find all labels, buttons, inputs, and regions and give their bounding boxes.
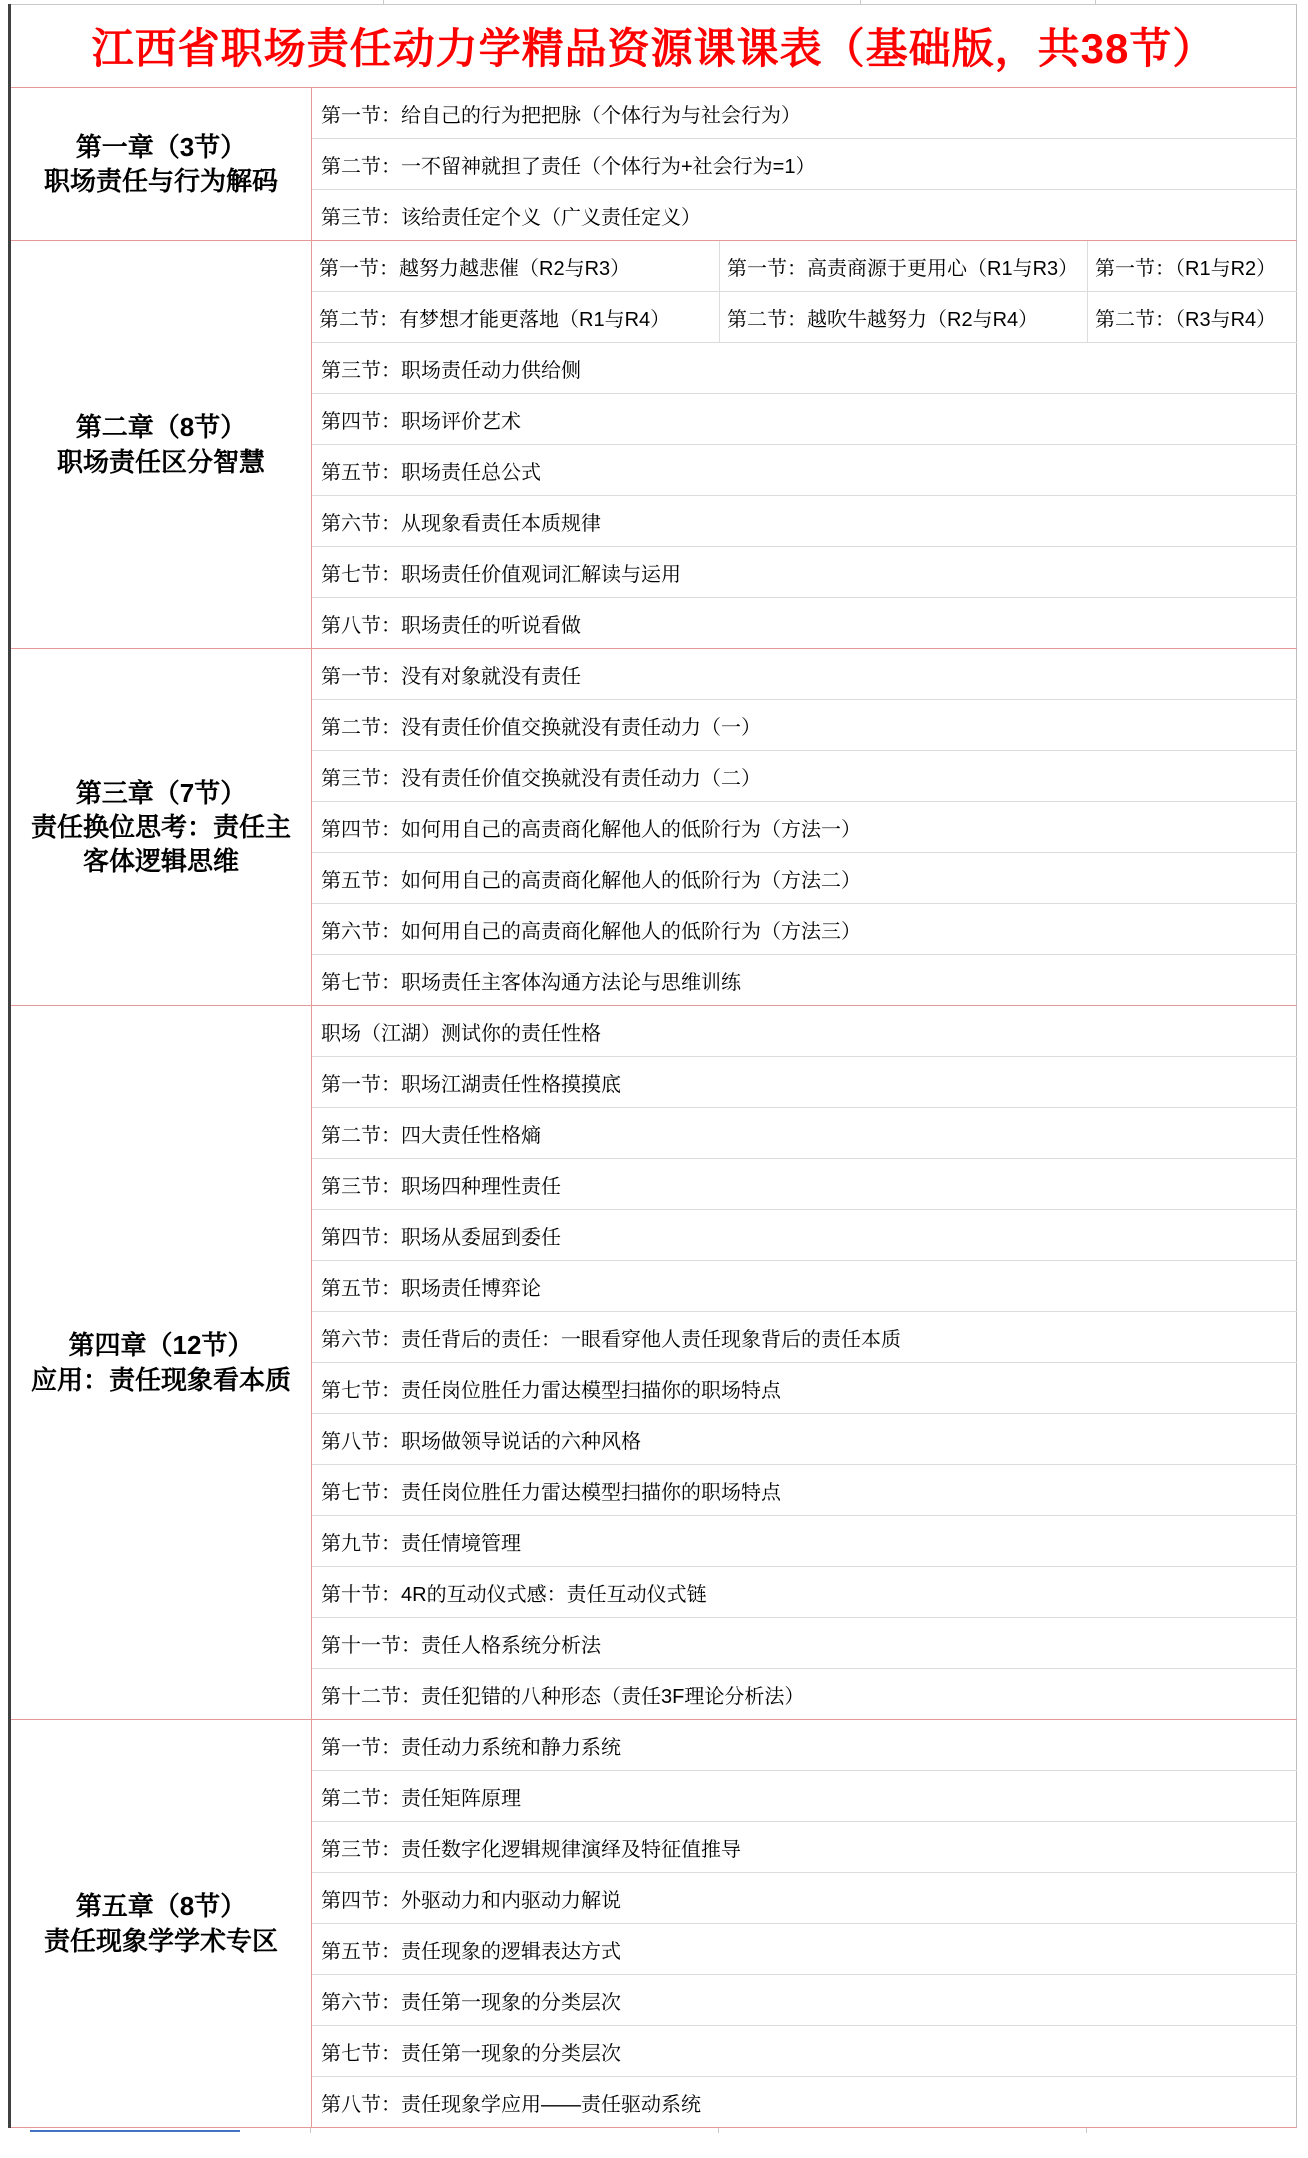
- lesson-cell: 第八节：职场做领导说话的六种风格: [312, 1414, 1297, 1465]
- lesson-cell: 第六节：责任背后的责任：一眼看穿他人责任现象背后的责任本质: [312, 1312, 1297, 1363]
- chapter-label: 第二章（8节）: [21, 410, 301, 444]
- sub-lesson-cell: 第二节：（R3与R4）: [1088, 292, 1297, 343]
- chapter-name: 责任现象学学术专区: [21, 1924, 301, 1958]
- lesson-cell: 第六节：如何用自己的高责商化解他人的低阶行为（方法三）: [312, 904, 1297, 955]
- lesson-cell: 第二节：一不留神就担了责任（个体行为+社会行为=1）: [312, 139, 1297, 190]
- bottom-edge-strip: [8, 2128, 1308, 2133]
- lesson-cell: 第三节：该给责任定个义（广义责任定义）: [312, 190, 1297, 241]
- lesson-cell: 第五节：责任现象的逻辑表达方式: [312, 1924, 1297, 1975]
- chapter-name: 责任换位思考：责任主客体逻辑思维: [21, 810, 301, 879]
- lesson-cell: 第八节：职场责任的听说看做: [312, 598, 1297, 649]
- lesson-cell: 第四节：如何用自己的高责商化解他人的低阶行为（方法一）: [312, 802, 1297, 853]
- lesson-cell: 第十二节：责任犯错的八种形态（责任3F理论分析法）: [312, 1669, 1297, 1720]
- sub-lesson-cell: 第一节：（R1与R2）: [1088, 241, 1297, 292]
- chapter-label: 第四章（12节）: [21, 1328, 301, 1362]
- lesson-cell: 第七节：责任岗位胜任力雷达模型扫描你的职场特点: [312, 1465, 1297, 1516]
- lesson-cell: 第三节：没有责任价值交换就没有责任动力（二）: [312, 751, 1297, 802]
- chapter-cell-2: 第二章（8节） 职场责任区分智慧: [10, 241, 312, 649]
- lesson-cell: 第七节：责任岗位胜任力雷达模型扫描你的职场特点: [312, 1363, 1297, 1414]
- lesson-cell: 职场（江湖）测试你的责任性格: [312, 1006, 1297, 1057]
- lesson-cell: 第一节：责任动力系统和静力系统: [312, 1720, 1297, 1771]
- chapter-label: 第一章（3节）: [21, 130, 301, 164]
- top-edge-gridline-fragment: [1095, 0, 1096, 4]
- lesson-cell: 第一节：职场江湖责任性格摸摸底: [312, 1057, 1297, 1108]
- chapter-name: 应用：责任现象看本质: [21, 1363, 301, 1397]
- spreadsheet-page: 江西省职场责任动力学精品资源课课表（基础版，共38节） 第一章（3节） 职场责任…: [0, 0, 1308, 2133]
- lesson-cell: 第三节：职场四种理性责任: [312, 1159, 1297, 1210]
- bottom-blue-line: [30, 2130, 240, 2132]
- top-edge-gridline-fragment: [860, 0, 861, 4]
- lesson-cell: 第七节：职场责任主客体沟通方法论与思维训练: [312, 955, 1297, 1006]
- bottom-edge-gridline-fragment: [718, 2128, 719, 2133]
- sub-lesson-cell: 第二节：越吹牛越努力（R2与R4）: [720, 292, 1088, 343]
- top-edge-gridline-fragment: [383, 0, 384, 4]
- course-table: 江西省职场责任动力学精品资源课课表（基础版，共38节） 第一章（3节） 职场责任…: [8, 4, 1297, 2128]
- lesson-cell: 第四节：职场从委屈到委任: [312, 1210, 1297, 1261]
- lesson-cell: 第七节：职场责任价值观词汇解读与运用: [312, 547, 1297, 598]
- lesson-cell: 第二节：没有责任价值交换就没有责任动力（一）: [312, 700, 1297, 751]
- chapter-name: 职场责任与行为解码: [21, 164, 301, 198]
- lesson-cell: 第二节：责任矩阵原理: [312, 1771, 1297, 1822]
- bottom-edge-gridline-fragment: [310, 2128, 311, 2133]
- page-title: 江西省职场责任动力学精品资源课课表（基础版，共38节）: [10, 5, 1297, 88]
- sub-lesson-cell: 第一节：越努力越悲催（R2与R3）: [312, 241, 720, 292]
- lesson-cell: 第六节：从现象看责任本质规律: [312, 496, 1297, 547]
- lesson-cell: 第十一节：责任人格系统分析法: [312, 1618, 1297, 1669]
- lesson-cell: 第一节：给自己的行为把把脉（个体行为与社会行为）: [312, 88, 1297, 139]
- bottom-edge-gridline-fragment: [1086, 2128, 1087, 2133]
- lesson-cell: 第四节：外驱动力和内驱动力解说: [312, 1873, 1297, 1924]
- chapter-name: 职场责任区分智慧: [21, 445, 301, 479]
- lesson-cell: 第十节：4R的互动仪式感：责任互动仪式链: [312, 1567, 1297, 1618]
- lesson-cell: 第一节：没有对象就没有责任: [312, 649, 1297, 700]
- lesson-cell: 第五节：职场责任博弈论: [312, 1261, 1297, 1312]
- lesson-cell: 第四节：职场评价艺术: [312, 394, 1297, 445]
- lesson-cell: 第五节：职场责任总公式: [312, 445, 1297, 496]
- sub-lesson-cell: 第二节：有梦想才能更落地（R1与R4）: [312, 292, 720, 343]
- chapter-label: 第三章（7节）: [21, 776, 301, 810]
- chapter-cell-5: 第五章（8节） 责任现象学学术专区: [10, 1720, 312, 2128]
- lesson-cell: 第二节：四大责任性格熵: [312, 1108, 1297, 1159]
- lesson-cell: 第五节：如何用自己的高责商化解他人的低阶行为（方法二）: [312, 853, 1297, 904]
- lesson-cell: 第三节：责任数字化逻辑规律演绎及特征值推导: [312, 1822, 1297, 1873]
- lesson-cell: 第九节：责任情境管理: [312, 1516, 1297, 1567]
- chapter-label: 第五章（8节）: [21, 1889, 301, 1923]
- lesson-cell: 第七节：责任第一现象的分类层次: [312, 2026, 1297, 2077]
- lesson-cell: 第六节：责任第一现象的分类层次: [312, 1975, 1297, 2026]
- chapter-cell-3: 第三章（7节） 责任换位思考：责任主客体逻辑思维: [10, 649, 312, 1006]
- chapter-cell-4: 第四章（12节） 应用：责任现象看本质: [10, 1006, 312, 1720]
- chapter-cell-1: 第一章（3节） 职场责任与行为解码: [10, 88, 312, 241]
- lesson-cell: 第八节：责任现象学应用——责任驱动系统: [312, 2077, 1297, 2128]
- sub-lesson-cell: 第一节：高责商源于更用心（R1与R3）: [720, 241, 1088, 292]
- lesson-cell: 第三节：职场责任动力供给侧: [312, 343, 1297, 394]
